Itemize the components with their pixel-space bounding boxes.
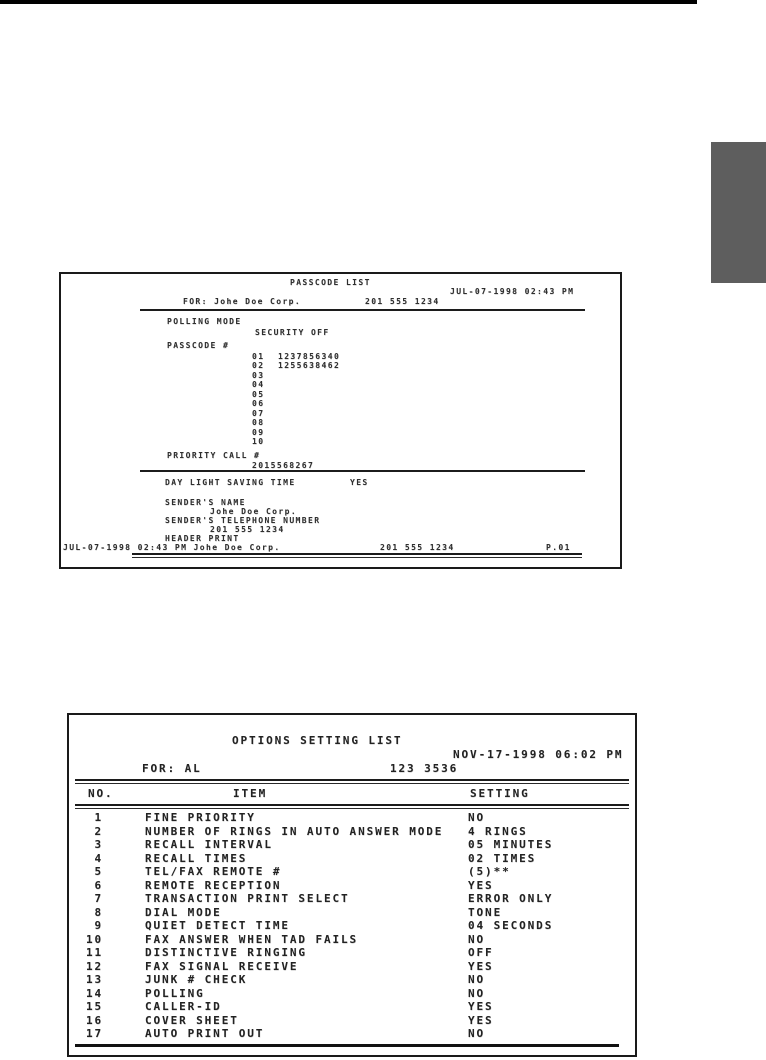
entry-number: 03 bbox=[252, 372, 264, 380]
row-item: RECALL INTERVAL bbox=[145, 839, 273, 851]
entry-number: 02 bbox=[252, 362, 264, 370]
row-setting: YES bbox=[468, 961, 494, 973]
column-header-setting: SETTING bbox=[470, 788, 530, 800]
entry-number: 05 bbox=[252, 391, 264, 399]
row-number: 8 bbox=[69, 907, 103, 919]
row-number: 11 bbox=[69, 947, 103, 959]
passcode-entry: 10 bbox=[61, 438, 620, 447]
header-print-label: HEADER PRINT bbox=[165, 535, 240, 543]
options-table: 1FINE PRIORITYNO 2NUMBER OF RINGS IN AUT… bbox=[69, 811, 635, 1041]
row-setting: ERROR ONLY bbox=[468, 893, 553, 905]
daylight-value: YES bbox=[350, 479, 369, 487]
row-number: 13 bbox=[69, 974, 103, 986]
column-header-item: ITEM bbox=[233, 788, 267, 800]
row-setting: YES bbox=[468, 880, 494, 892]
table-row: 6REMOTE RECEPTIONYES bbox=[69, 879, 635, 893]
table-row: 5TEL/FAX REMOTE #(5)** bbox=[69, 865, 635, 879]
row-setting: NO bbox=[468, 934, 485, 946]
row-item: DISTINCTIVE RINGING bbox=[145, 947, 307, 959]
passcode-list-printout: PASSCODE LIST JUL-07-1998 02:43 PM FOR: … bbox=[59, 272, 622, 569]
row-item: NUMBER OF RINGS IN AUTO ANSWER MODE bbox=[145, 826, 443, 838]
priority-call-label: PRIORITY CALL # bbox=[167, 452, 260, 460]
table-row: 2NUMBER OF RINGS IN AUTO ANSWER MODE4 RI… bbox=[69, 825, 635, 839]
row-item: FAX SIGNAL RECEIVE bbox=[145, 961, 298, 973]
table-row: 12FAX SIGNAL RECEIVEYES bbox=[69, 960, 635, 974]
sender-phone-label: SENDER'S TELEPHONE NUMBER bbox=[165, 517, 320, 525]
table-row: 1FINE PRIORITYNO bbox=[69, 811, 635, 825]
row-number: 7 bbox=[69, 893, 103, 905]
passcode-list-datetime: JUL-07-1998 02:43 PM bbox=[450, 288, 574, 296]
row-setting: 05 MINUTES bbox=[468, 839, 553, 851]
passcode-entry: 08 bbox=[61, 419, 620, 428]
row-setting: NO bbox=[468, 974, 485, 986]
row-number: 1 bbox=[69, 812, 103, 824]
row-item: REMOTE RECEPTION bbox=[145, 880, 281, 892]
passcode-entry: 07 bbox=[61, 410, 620, 419]
entry-value: 1237856340 bbox=[278, 353, 340, 361]
row-item: FINE PRIORITY bbox=[145, 812, 256, 824]
row-number: 5 bbox=[69, 866, 103, 878]
passcode-entries: 011237856340 021255638462 03 04 05 06 07… bbox=[61, 353, 620, 447]
entry-number: 06 bbox=[252, 400, 264, 408]
row-item: FAX ANSWER WHEN TAD FAILS bbox=[145, 934, 358, 946]
header-double-line bbox=[75, 804, 629, 809]
options-list-title: OPTIONS SETTING LIST bbox=[232, 735, 402, 747]
row-item: CALLER-ID bbox=[145, 1001, 222, 1013]
priority-call-value: 2015568267 bbox=[252, 462, 314, 470]
row-item: TRANSACTION PRINT SELECT bbox=[145, 893, 350, 905]
options-setting-list-printout: OPTIONS SETTING LIST NOV-17-1998 06:02 P… bbox=[67, 713, 637, 1057]
passcode-list-for: FOR: Johe Doe Corp. bbox=[183, 298, 301, 306]
row-setting: 04 SECONDS bbox=[468, 920, 553, 932]
table-row: 11DISTINCTIVE RINGINGOFF bbox=[69, 946, 635, 960]
entry-number: 07 bbox=[252, 410, 264, 418]
entry-number: 01 bbox=[252, 353, 264, 361]
table-row: 13JUNK # CHECKNO bbox=[69, 973, 635, 987]
row-setting: NO bbox=[468, 988, 485, 1000]
passcode-entry: 011237856340 bbox=[61, 353, 620, 362]
row-setting: NO bbox=[468, 812, 485, 824]
passcode-entry: 05 bbox=[61, 391, 620, 400]
table-bottom-line bbox=[75, 1044, 619, 1047]
table-row: 17AUTO PRINT OUTNO bbox=[69, 1027, 635, 1041]
row-number: 4 bbox=[69, 853, 103, 865]
row-number: 15 bbox=[69, 1001, 103, 1013]
passcode-entry: 021255638462 bbox=[61, 362, 620, 371]
row-item: AUTO PRINT OUT bbox=[145, 1028, 264, 1040]
table-row: 14POLLINGNO bbox=[69, 987, 635, 1001]
fax-footer-phone: 201 555 1234 bbox=[380, 544, 455, 552]
row-setting: 4 RINGS bbox=[468, 826, 528, 838]
table-row: 8DIAL MODETONE bbox=[69, 906, 635, 920]
table-row: 16COVER SHEETYES bbox=[69, 1014, 635, 1028]
row-item: POLLING bbox=[145, 988, 205, 1000]
footer-line bbox=[132, 553, 582, 558]
fax-footer-page: P.01 bbox=[546, 544, 571, 552]
daylight-label: DAY LIGHT SAVING TIME bbox=[165, 479, 296, 487]
table-row: 3RECALL INTERVAL05 MINUTES bbox=[69, 838, 635, 852]
row-item: QUIET DETECT TIME bbox=[145, 920, 290, 932]
entry-number: 08 bbox=[252, 419, 264, 427]
row-item: RECALL TIMES bbox=[145, 853, 247, 865]
row-setting: TONE bbox=[468, 907, 502, 919]
options-list-for-phone: 123 3536 bbox=[390, 763, 458, 775]
row-number: 9 bbox=[69, 920, 103, 932]
polling-mode-label: POLLING MODE bbox=[167, 318, 242, 326]
fax-footer-left: JUL-07-1998 02:43 PM Johe Doe Corp. bbox=[63, 544, 281, 552]
row-number: 6 bbox=[69, 880, 103, 892]
passcode-list-title: PASSCODE LIST bbox=[290, 279, 371, 287]
header-double-line bbox=[75, 779, 629, 784]
row-number: 16 bbox=[69, 1015, 103, 1027]
passcode-label: PASSCODE # bbox=[167, 342, 229, 350]
passcode-list-for-phone: 201 555 1234 bbox=[365, 298, 440, 306]
row-setting: OFF bbox=[468, 947, 494, 959]
table-row: 4RECALL TIMES02 TIMES bbox=[69, 852, 635, 866]
row-number: 12 bbox=[69, 961, 103, 973]
options-list-datetime: NOV-17-1998 06:02 PM bbox=[453, 749, 623, 761]
passcode-entry: 03 bbox=[61, 372, 620, 381]
sender-phone-value: 201 555 1234 bbox=[210, 526, 285, 534]
table-row: 10FAX ANSWER WHEN TAD FAILSNO bbox=[69, 933, 635, 947]
row-item: JUNK # CHECK bbox=[145, 974, 247, 986]
separator-line bbox=[140, 309, 585, 311]
entry-number: 09 bbox=[252, 429, 264, 437]
row-number: 17 bbox=[69, 1028, 103, 1040]
chapter-side-tab bbox=[711, 142, 766, 283]
row-number: 3 bbox=[69, 839, 103, 851]
row-setting: (5)** bbox=[468, 866, 511, 878]
row-item: TEL/FAX REMOTE # bbox=[145, 866, 281, 878]
sender-name-value: Johe Doe Corp. bbox=[210, 508, 297, 516]
row-setting: 02 TIMES bbox=[468, 853, 536, 865]
separator-line bbox=[140, 470, 585, 472]
top-rule-bar bbox=[0, 0, 697, 4]
passcode-entry: 09 bbox=[61, 429, 620, 438]
table-row: 15CALLER-IDYES bbox=[69, 1000, 635, 1014]
column-header-no: NO. bbox=[88, 788, 114, 800]
row-setting: YES bbox=[468, 1015, 494, 1027]
row-item: COVER SHEET bbox=[145, 1015, 239, 1027]
row-setting: NO bbox=[468, 1028, 485, 1040]
sender-name-label: SENDER'S NAME bbox=[165, 499, 246, 507]
passcode-entry: 04 bbox=[61, 381, 620, 390]
passcode-entry: 06 bbox=[61, 400, 620, 409]
row-number: 14 bbox=[69, 988, 103, 1000]
entry-number: 04 bbox=[252, 381, 264, 389]
security-value: SECURITY OFF bbox=[255, 329, 330, 337]
entry-value: 1255638462 bbox=[278, 362, 340, 370]
table-row: 7TRANSACTION PRINT SELECTERROR ONLY bbox=[69, 892, 635, 906]
options-list-for: FOR: AL bbox=[142, 763, 202, 775]
entry-number: 10 bbox=[252, 438, 264, 446]
row-number: 10 bbox=[69, 934, 103, 946]
row-number: 2 bbox=[69, 826, 103, 838]
row-item: DIAL MODE bbox=[145, 907, 222, 919]
table-row: 9QUIET DETECT TIME04 SECONDS bbox=[69, 919, 635, 933]
row-setting: YES bbox=[468, 1001, 494, 1013]
